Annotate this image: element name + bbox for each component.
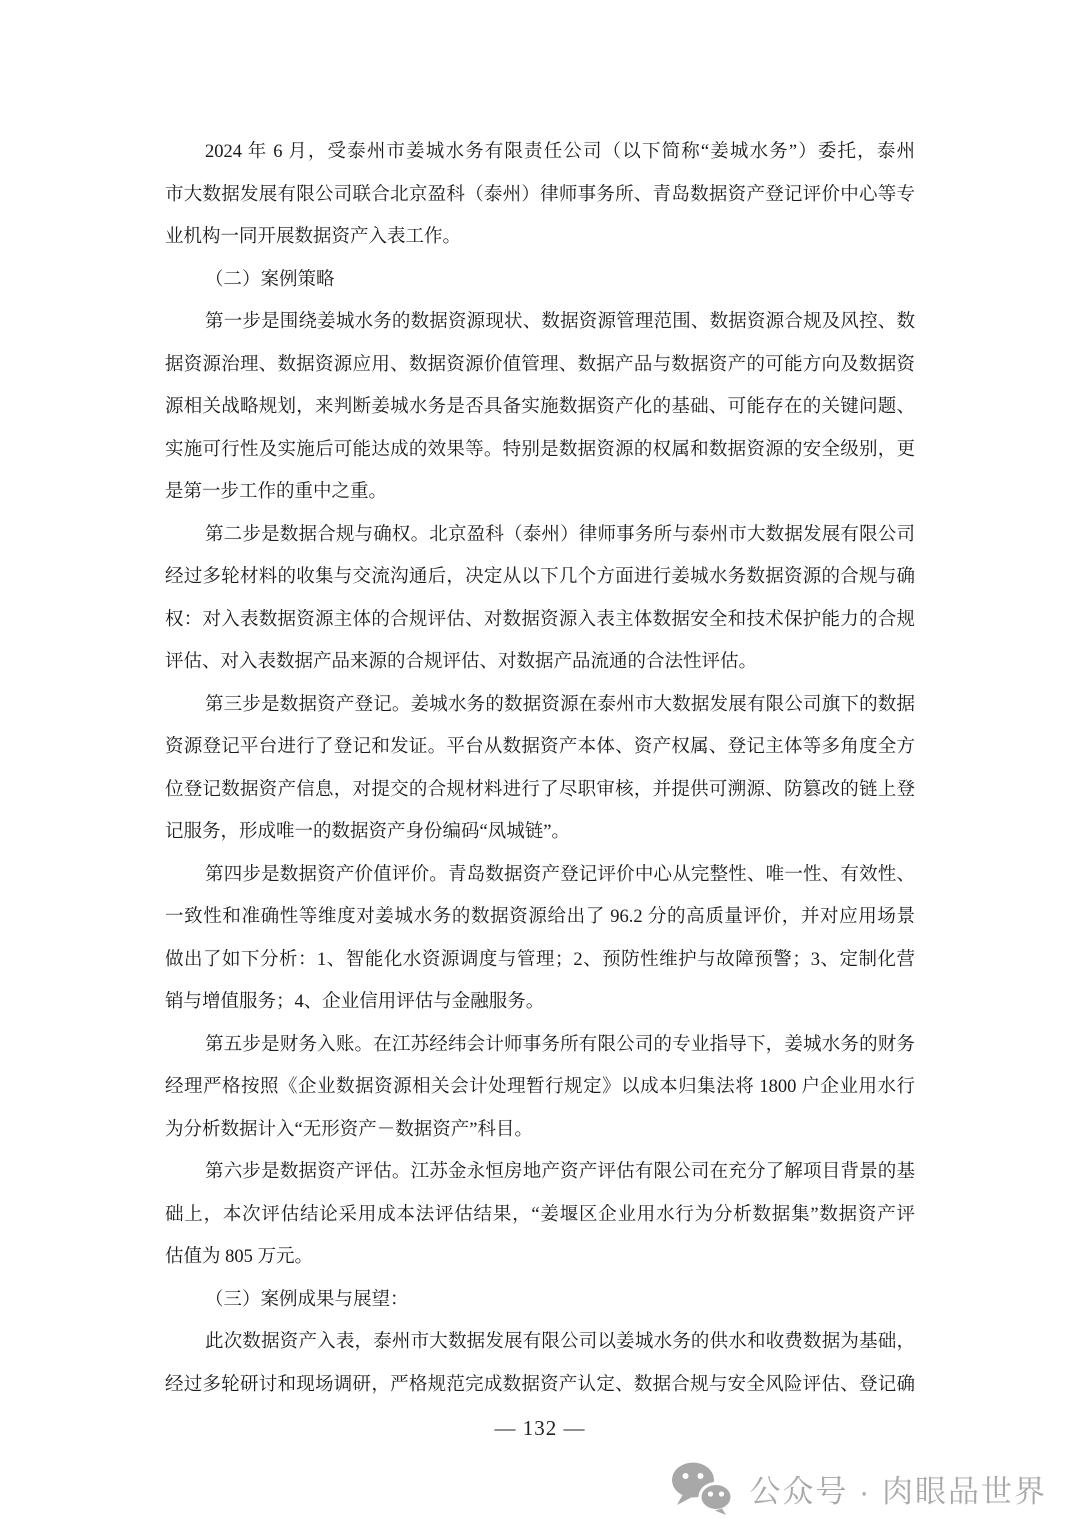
document-body: 2024 年 6 月，受泰州市姜城水务有限责任公司（以下简称“姜城水务”）委托，… [165, 131, 915, 1406]
text-line: 此次数据资产入表，泰州市大数据发展有限公司以姜城水务的供水和收费数据为基础， [165, 1321, 915, 1364]
text-line: 第四步是数据资产价值评价。青岛数据资产登记评价中心从完整性、唯一性、有效性、 [165, 854, 915, 897]
text-line: 经过多轮材料的收集与交流沟通后，决定从以下几个方面进行姜城水务数据资源的合规与确 [165, 556, 915, 599]
text-line: 业机构一同开展数据资产入表工作。 [165, 216, 915, 259]
text-line: 资源登记平台进行了登记和发证。平台从数据资产本体、资产权属、登记主体等多角度全方 [165, 726, 915, 769]
text-line: 第六步是数据资产评估。江苏金永恒房地产资产评估有限公司在充分了解项目背景的基 [165, 1151, 915, 1194]
text-line: （二）案例策略 [165, 259, 915, 302]
text-line: 经过多轮研讨和现场调研，严格规范完成数据资产认定、数据合规与安全风险评估、登记确 [165, 1364, 915, 1407]
text-line: 2024 年 6 月，受泰州市姜城水务有限责任公司（以下简称“姜城水务”）委托，… [165, 131, 915, 174]
text-line: 权：对入表数据资源主体的合规评估、对数据资源入表主体数据安全和技术保护能力的合规 [165, 599, 915, 642]
text-line: 第三步是数据资产登记。姜城水务的数据资源在泰州市大数据发展有限公司旗下的数据 [165, 684, 915, 727]
document-page: 2024 年 6 月，受泰州市姜城水务有限责任公司（以下简称“姜城水务”）委托，… [0, 0, 1080, 1527]
text-line: 销与增值服务；4、企业信用评估与金融服务。 [165, 981, 915, 1024]
text-line: 础上，本次评估结论采用成本法评估结果，“姜堰区企业用水行为分析数据集”数据资产评 [165, 1194, 915, 1237]
text-line: 源相关战略规划，来判断姜城水务是否具备实施数据资产化的基础、可能存在的关键问题、 [165, 386, 915, 429]
text-line: 实施可行性及实施后可能达成的效果等。特别是数据资源的权属和数据资源的安全级别，更 [165, 429, 915, 472]
text-line: 做出了如下分析：1、智能化水资源调度与管理；2、预防性维护与故障预警；3、定制化… [165, 939, 915, 982]
text-line: 评估、对入表数据产品来源的合规评估、对数据产品流通的合法性评估。 [165, 641, 915, 684]
wechat-watermark: 公众号 · 肉眼品世界 [670, 1461, 1047, 1515]
text-line: 第五步是财务入账。在江苏经纬会计师事务所有限公司的专业指导下，姜城水务的财务 [165, 1024, 915, 1067]
text-line: 估值为 805 万元。 [165, 1236, 915, 1279]
text-line: （三）案例成果与展望： [165, 1279, 915, 1322]
text-line: 位登记数据资产信息，对提交的合规材料进行了尽职审核，并提供可溯源、防篡改的链上登 [165, 769, 915, 812]
text-line: 第一步是围绕姜城水务的数据资源现状、数据资源管理范围、数据资源合规及风控、数 [165, 301, 915, 344]
text-line: 据资源治理、数据资源应用、数据资源价值管理、数据产品与数据资产的可能方向及数据资 [165, 344, 915, 387]
watermark-label: 公众号 · 肉眼品世界 [749, 1466, 1047, 1511]
text-line: 第二步是数据合规与确权。北京盈科（泰州）律师事务所与泰州市大数据发展有限公司 [165, 514, 915, 557]
text-line: 为分析数据计入“无形资产－数据资产”科目。 [165, 1109, 915, 1152]
text-line: 市大数据发展有限公司联合北京盈科（泰州）律师事务所、青岛数据资产登记评价中心等专 [165, 174, 915, 217]
text-line: 经理严格按照《企业数据资源相关会计处理暂行规定》以成本归集法将 1800 户企业… [165, 1066, 915, 1109]
text-line: 记服务，形成唯一的数据资产身份编码“凤城链”。 [165, 811, 915, 854]
text-line: 一致性和准确性等维度对姜城水务的数据资源给出了 96.2 分的高质量评价，并对应… [165, 896, 915, 939]
wechat-icon [670, 1461, 734, 1515]
page-number: — 132 — [0, 1416, 1080, 1441]
text-line: 是第一步工作的重中之重。 [165, 471, 915, 514]
